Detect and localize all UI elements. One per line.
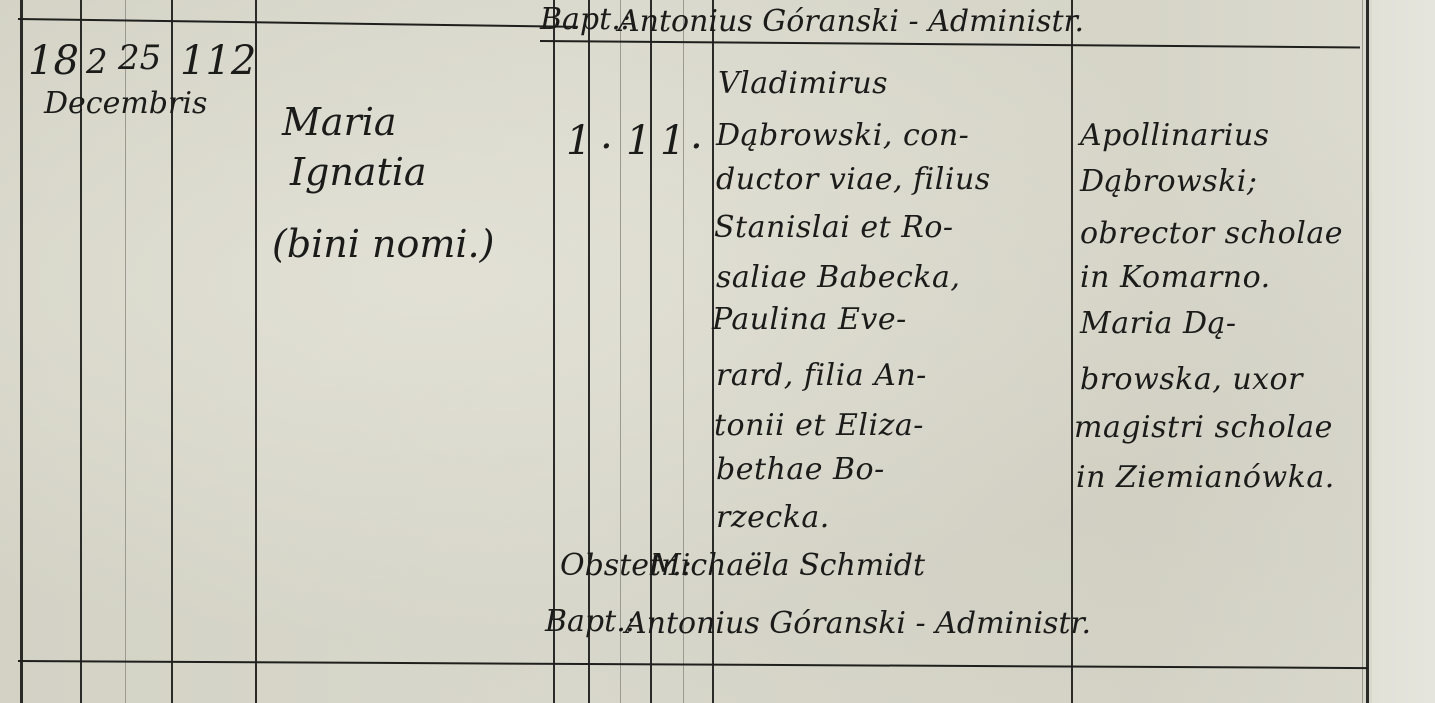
parents-line: rzecka. — [716, 500, 830, 535]
entry-day-col2: 2 — [86, 42, 108, 82]
godparents-line: Apollinarius — [1080, 118, 1270, 153]
parents-line: Paulina Eve- — [712, 302, 907, 337]
tally-mark: 1 — [626, 118, 651, 164]
child-name-first: Maria — [282, 100, 397, 144]
entry-day-col3: 25 — [118, 38, 161, 78]
tally-mark: 1 — [660, 118, 685, 164]
column-rule — [20, 0, 23, 703]
midwife-name: Michaëla Schmidt — [650, 548, 925, 583]
baptizer-name: Antonius Góranski - Administr. — [625, 606, 1091, 641]
godparents-line: obrector scholae — [1080, 216, 1343, 251]
parents-line: Dąbrowski, con- — [716, 118, 969, 153]
godparents-line: Dąbrowski; — [1080, 164, 1258, 199]
column-rule — [553, 0, 555, 703]
entry-month: Decembris — [44, 86, 207, 121]
parents-line: Stanislai et Ro- — [714, 210, 954, 245]
tally-mark: 1 — [566, 118, 591, 164]
baptizer-label: Bapt.: — [545, 604, 636, 639]
page-margin — [1372, 0, 1435, 703]
godparents-line: magistri scholae — [1074, 410, 1333, 445]
column-rule — [650, 0, 652, 703]
parents-line: Vladimirus — [718, 66, 888, 101]
child-name-second: Ignatia — [290, 150, 427, 194]
parents-line: ductor viae, filius — [716, 162, 991, 197]
column-rule — [1071, 0, 1073, 703]
column-rule — [712, 0, 714, 703]
column-rule — [1366, 0, 1369, 703]
godparents-line: Maria Dą- — [1080, 306, 1237, 341]
tally-mark: . — [600, 112, 613, 158]
register-page — [0, 0, 1435, 703]
column-rule — [620, 0, 621, 703]
entry-day-col1: 18 — [28, 38, 79, 84]
column-rule — [588, 0, 590, 703]
godparents-line: in Komarno. — [1080, 260, 1271, 295]
godparents-line: in Ziemianówka. — [1076, 460, 1335, 495]
parents-line: saliae Babecka, — [716, 260, 960, 295]
child-name-note: (bini nomi.) — [272, 222, 494, 266]
godparents-line: browska, uxor — [1080, 362, 1303, 397]
column-rule — [1362, 0, 1363, 703]
entry-number: 112 — [180, 38, 256, 84]
parents-line: rard, filia An- — [716, 358, 927, 393]
header-bapt-name: Antonius Góranski - Administr. — [618, 4, 1084, 39]
parents-line: bethae Bo- — [716, 452, 885, 487]
tally-mark: . — [690, 112, 703, 158]
column-rule — [255, 0, 257, 703]
column-rule — [683, 0, 684, 703]
parents-line: tonii et Eliza- — [714, 408, 924, 443]
